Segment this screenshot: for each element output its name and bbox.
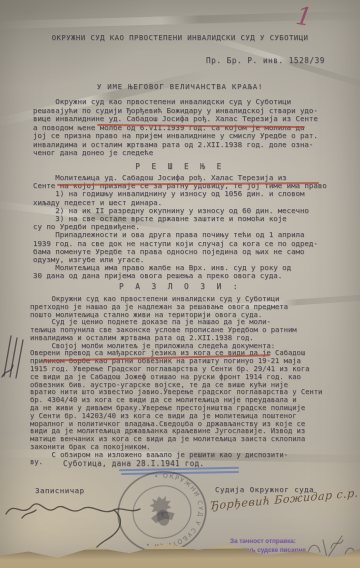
document-page: 1 ОКРУЖНИ СУД КАО ПРВОСТЕПЕНИ ИНВАЛИДСКИ… [0,0,360,568]
case-number: Пр. Бр. Р. инв. 1528/39 [206,56,325,65]
decision-text: Молитељица уд. Сабадош Јосифа рођ. Халас… [33,174,341,281]
invocation-line: У ИМЕ ЊЕГОВОГ ВЕЛИЧАНСТВА КРАЉА! [20,82,340,91]
document-photo: 1 ОКРУЖНИ СУД КАО ПРВОСТЕПЕНИ ИНВАЛИДСКИ… [0,0,360,568]
decision-heading: Р Е Ш Е Њ Е [0,162,360,171]
reasons-text: Окружни суд као првостепени инвалидски с… [30,295,344,466]
certification-stamp-line1: За тачност отправка: [213,537,313,546]
margin-scribble [0,333,24,379]
court-title: ОКРУЖНИ СУД КАО ПРВОСТЕПЕНИ ИНВАЛИДСКИ С… [20,33,340,42]
reasons-heading: Р А З Л О З И : [0,282,360,291]
seal-eagle-emblem [147,494,177,528]
intro-paragraph: Окружни суд као првостепени инвалидски с… [33,98,341,158]
seal-text: • ОКРУЖНИ СУД У СУБОТИЦИ • [130,465,211,553]
svg-text:• ОКРУЖНИ СУД У СУБОТИЦИ •: • ОКРУЖНИ СУД У СУБОТИЦИ • [130,465,211,553]
handwritten-page-number: 1 [294,1,314,32]
